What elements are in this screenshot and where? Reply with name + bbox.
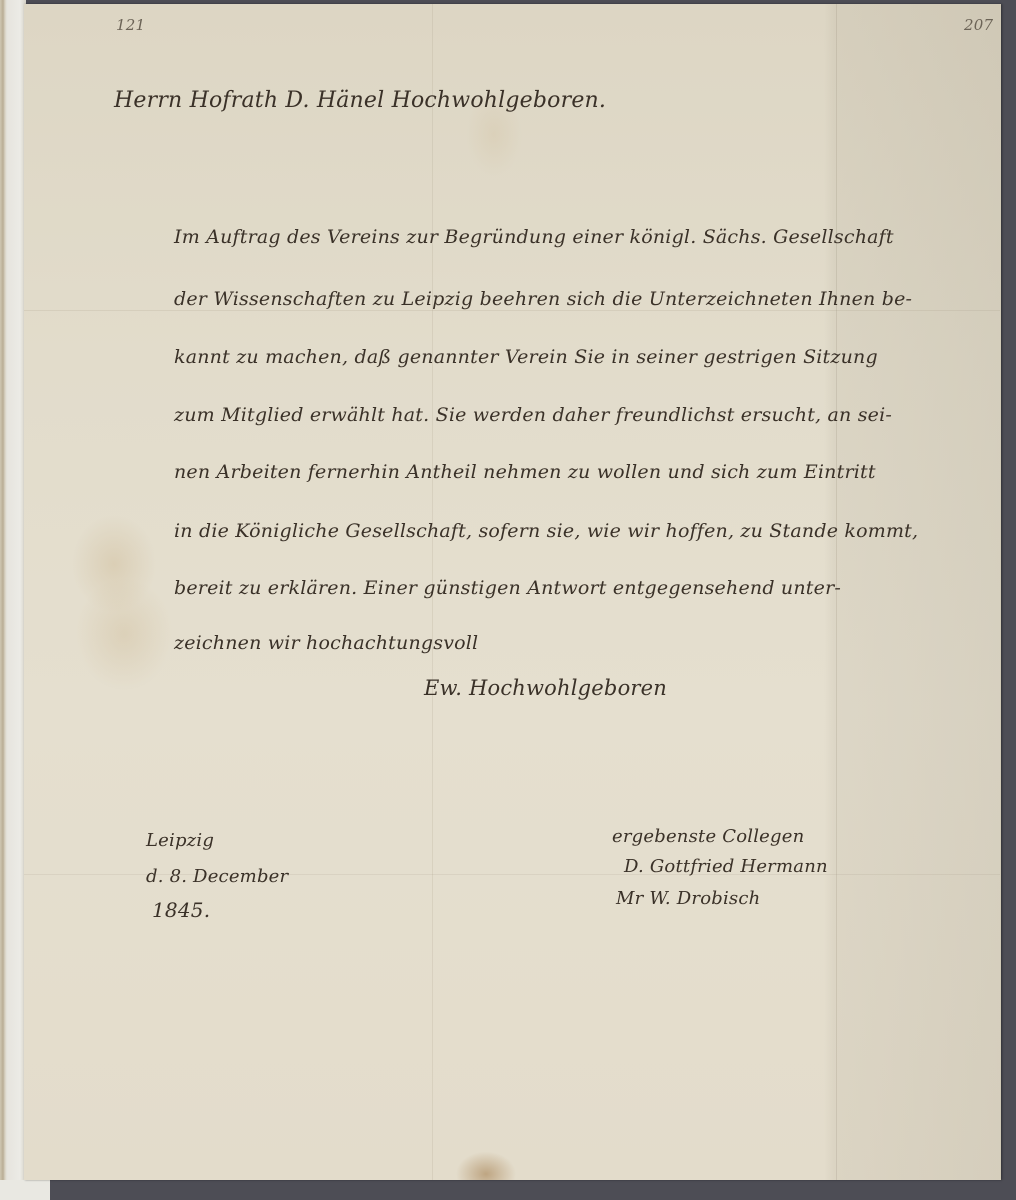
fold-line <box>24 310 1000 311</box>
body-line: zeichnen wir hochachtungsvoll <box>174 632 478 654</box>
salutation: Herrn Hofrath D. Hänel Hochwohlgeboren. <box>114 88 606 113</box>
signature-hermann: D. Gottfried Hermann <box>624 856 828 877</box>
letter-page: 121 207 Herrn Hofrath D. Hänel Hochwohlg… <box>24 4 1001 1180</box>
body-line: bereit zu erklären. Einer günstigen Antw… <box>174 577 841 599</box>
body-line: kannt zu machen, daß genannter Verein Si… <box>174 346 878 368</box>
signature-drobisch: Mr W. Drobisch <box>616 888 760 909</box>
folio-number-right: 207 <box>964 16 993 34</box>
closing-formula: Ew. Hochwohlgeboren <box>424 676 667 700</box>
body-line: nen Arbeiten fernerhin Antheil nehmen zu… <box>174 461 876 483</box>
folio-number-left: 121 <box>116 16 145 34</box>
body-line: zum Mitglied erwählt hat. Sie werden dah… <box>174 404 892 426</box>
body-line: Im Auftrag des Vereins zur Begründung ei… <box>174 226 894 248</box>
body-line: in die Königliche Gesellschaft, sofern s… <box>174 520 918 542</box>
signature-line: ergebenste Collegen <box>612 826 804 847</box>
binding-strip <box>0 0 26 1200</box>
binding-corner <box>0 1180 50 1200</box>
date: d. 8. December <box>146 866 288 887</box>
document-viewer: 121 207 Herrn Hofrath D. Hänel Hochwohlg… <box>0 0 1016 1200</box>
place: Leipzig <box>146 830 214 851</box>
year: 1845. <box>152 898 210 922</box>
body-line: der Wissenschaften zu Leipzig beehren si… <box>174 288 912 310</box>
